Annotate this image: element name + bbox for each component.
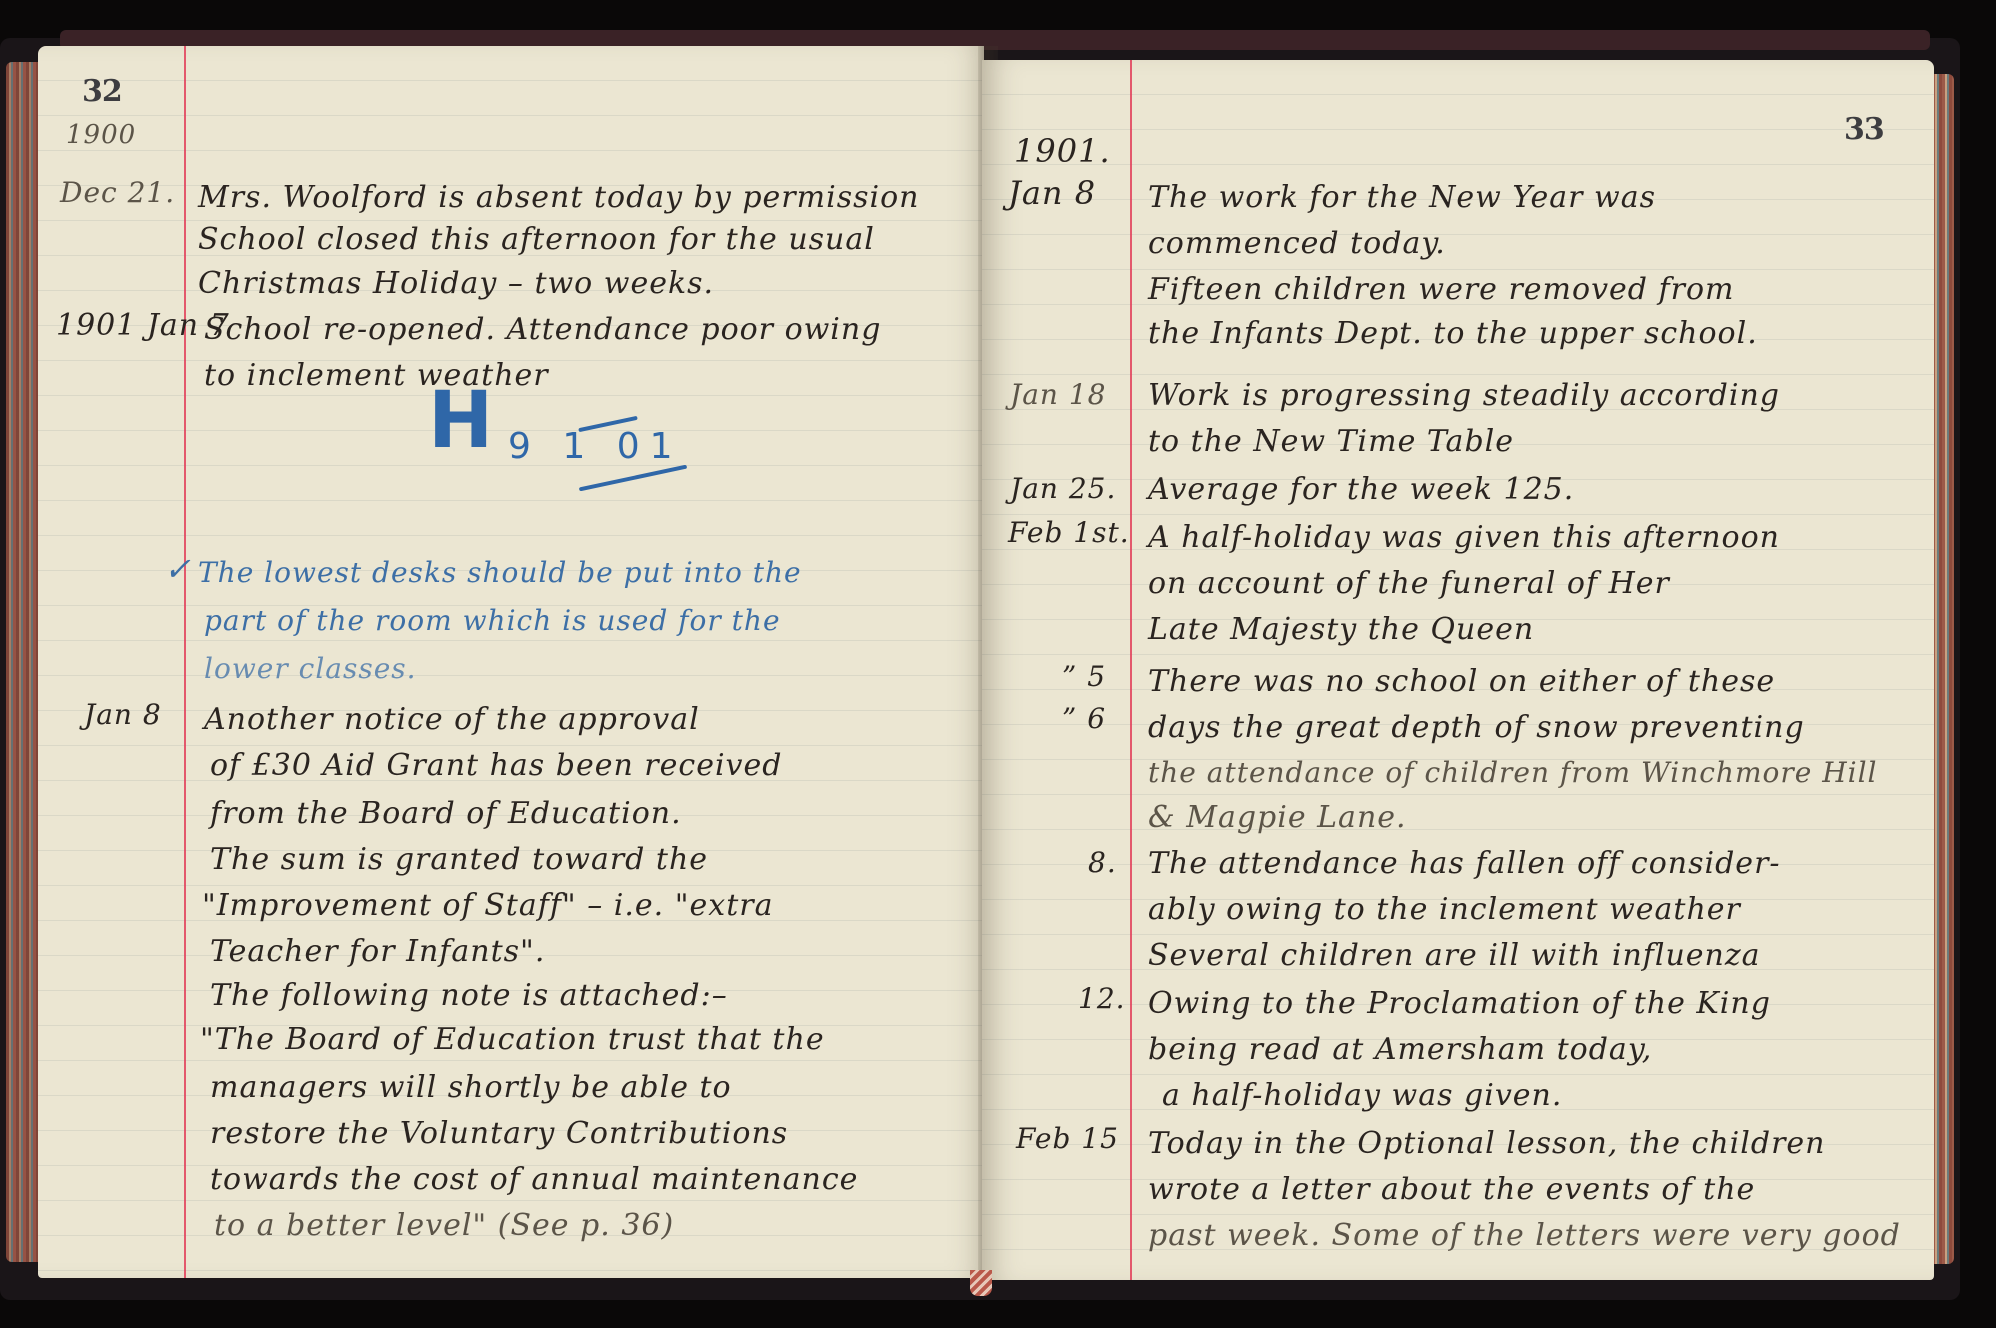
- entry-line: Late Majesty the Queen: [1148, 612, 1534, 647]
- page-edges-right: [1932, 74, 1954, 1264]
- entry-line: The sum is granted toward the: [210, 842, 708, 877]
- entry-line: The following note is attached:–: [210, 978, 728, 1013]
- entry-line: being read at Amersham today,: [1148, 1032, 1652, 1067]
- entry-line: The attendance has fallen off consider-: [1148, 846, 1781, 881]
- inspector-note-line: part of the room which is used for the: [204, 604, 781, 637]
- entry-line: of £30 Aid Grant has been received: [210, 748, 782, 783]
- entry-line: wrote a letter about the events of the: [1148, 1172, 1755, 1207]
- entry-line: the Infants Dept. to the upper school.: [1148, 316, 1758, 351]
- entry-line: to the New Time Table: [1148, 424, 1514, 459]
- check-mark-icon: ✓: [164, 550, 192, 588]
- right-page: 33 1901. Jan 8 The work for the New Year…: [982, 60, 1934, 1280]
- entry-line: to inclement weather: [204, 358, 549, 393]
- entry-line: A half-holiday was given this afternoon: [1148, 520, 1780, 555]
- inspector-initial: H: [428, 376, 493, 466]
- entry-line: Fifteen children were removed from: [1148, 272, 1734, 307]
- entry-date: Jan 18: [1010, 378, 1106, 411]
- inspector-note-line: lower classes.: [204, 652, 417, 685]
- entry-line: the attendance of children from Winchmor…: [1148, 756, 1878, 789]
- page-number: 32: [82, 74, 122, 109]
- entry-line: on account of the funeral of Her: [1148, 566, 1670, 601]
- inspector-note-line: The lowest desks should be put into the: [198, 556, 802, 589]
- entry-line: Work is progressing steadily according: [1148, 378, 1780, 413]
- entry-line: Christmas Holiday – two weeks.: [198, 266, 714, 301]
- underline-stroke: [579, 465, 687, 492]
- entry-line: "Improvement of Staff" – i.e. "extra: [202, 888, 774, 923]
- margin-rule: [184, 46, 186, 1278]
- entry-line: Average for the week 125.: [1148, 472, 1574, 507]
- entry-date: Jan 25.: [1010, 472, 1116, 505]
- page-edges-left: [6, 62, 40, 1262]
- entry-date: ” 6: [1062, 702, 1106, 735]
- entry-date: Dec 21.: [60, 176, 175, 209]
- page-number: 33: [1844, 112, 1884, 147]
- entry-line: towards the cost of annual maintenance: [210, 1162, 858, 1197]
- entry-line: ably owing to the inclement weather: [1148, 892, 1741, 927]
- entry-line: Another notice of the approval: [204, 702, 700, 737]
- entry-line: School re-opened. Attendance poor owing: [204, 312, 881, 347]
- inspector-date: 9 1 01: [508, 426, 683, 467]
- entry-line: a half-holiday was given.: [1162, 1078, 1562, 1113]
- margin-rule: [1130, 60, 1132, 1280]
- year-heading: 1900: [66, 120, 136, 150]
- left-page: 32 1900 Dec 21. Mrs. Woolford is absent …: [38, 46, 984, 1278]
- entry-line: days the great depth of snow preventing: [1148, 710, 1805, 745]
- entry-line: past week. Some of the letters were very…: [1148, 1218, 1901, 1253]
- entry-line: restore the Voluntary Contributions: [210, 1116, 788, 1151]
- entry-line: Owing to the Proclamation of the King: [1148, 986, 1771, 1021]
- entry-date: 12.: [1078, 982, 1126, 1015]
- entry-date: Feb 1st.: [1008, 516, 1130, 549]
- entry-date: Jan 8: [84, 698, 162, 731]
- entry-line: Several children are ill with influenza: [1148, 938, 1761, 973]
- entry-date: ” 5: [1062, 660, 1106, 693]
- year-heading: 1901.: [1014, 132, 1111, 170]
- entry-line: Teacher for Infants".: [210, 934, 545, 969]
- entry-date: 8.: [1088, 846, 1117, 879]
- entry-line: There was no school on either of these: [1148, 664, 1775, 699]
- entry-line: commenced today.: [1148, 226, 1446, 261]
- entry-line: from the Board of Education.: [210, 796, 682, 831]
- entry-date: Jan 8: [1008, 174, 1096, 212]
- entry-line: to a better level" (See p. 36): [214, 1208, 674, 1243]
- entry-line: The work for the New Year was: [1148, 180, 1656, 215]
- bookmark-ribbon: [970, 1270, 992, 1296]
- entry-date: Feb 15: [1016, 1122, 1119, 1155]
- entry-line: Mrs. Woolford is absent today by permiss…: [198, 180, 919, 215]
- entry-line: & Magpie Lane.: [1148, 800, 1407, 835]
- entry-line: School closed this afternoon for the usu…: [198, 222, 875, 257]
- entry-line: "The Board of Education trust that the: [200, 1022, 825, 1057]
- entry-line: Today in the Optional lesson, the childr…: [1148, 1126, 1825, 1161]
- entry-line: managers will shortly be able to: [210, 1070, 732, 1105]
